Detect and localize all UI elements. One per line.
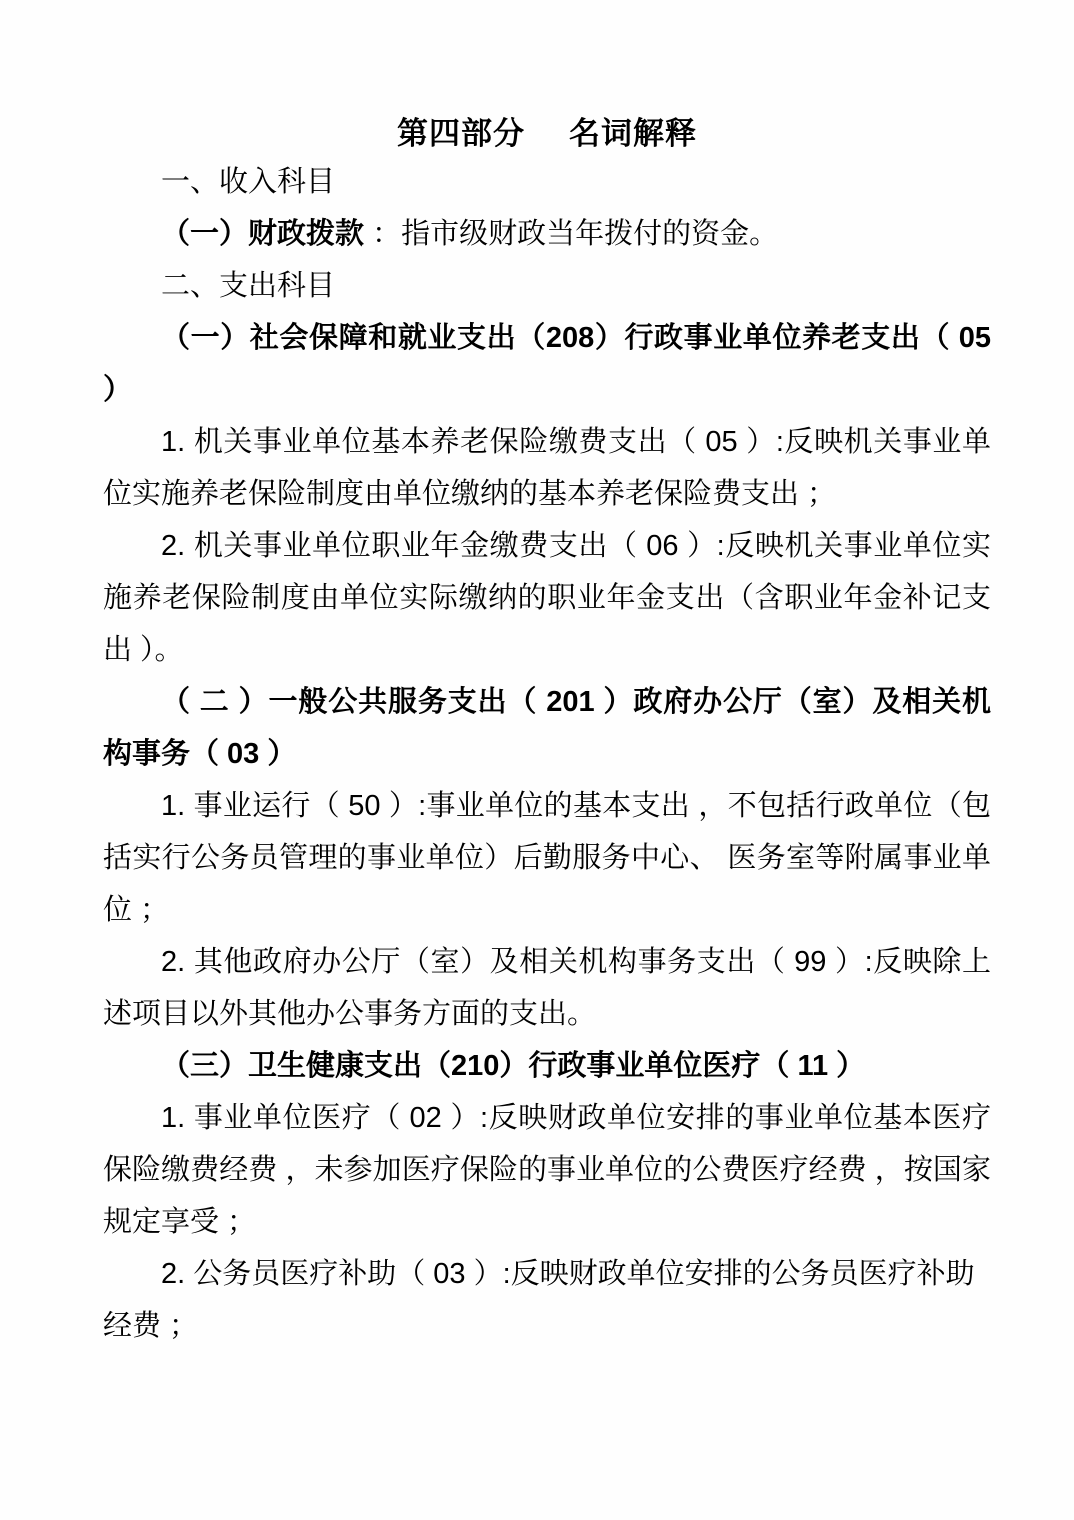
heading-health-210: （三）卫生健康支出（210）行政事业单位医疗（ 11 ） bbox=[103, 1040, 991, 1092]
item-civil-servant-medical-03: 2. 公务员医疗补助（ 03 ）:反映财政单位安排的公务员医疗补助经费 ； bbox=[103, 1248, 991, 1352]
document-page: 第四部分名词解释 一、收入科目 （一）财政拨款 ：指市级财政当年拨付的资金。 二… bbox=[0, 0, 1074, 1520]
expenditure-category-heading: 二、支出科目 bbox=[103, 260, 991, 312]
title-part-label: 第四部分 bbox=[397, 116, 525, 151]
item-other-office-99: 2. 其他政府办公厅（室）及相关机构事务支出（ 99 ）:反映除上述项目以外其他… bbox=[103, 936, 991, 1040]
item-public-institution-medical-02: 1. 事业单位医疗（ 02 ）:反映财政单位安排的事业单位基本医疗保险缴费经费 … bbox=[103, 1092, 991, 1248]
income-category-heading: 一、收入科目 bbox=[103, 156, 991, 208]
heading-general-public-services-201: （ 二 ）一般公共服务支出（ 201 ）政府办公厅（室）及相关机构事务（ 03 … bbox=[103, 676, 991, 780]
item-pension-basic-05: 1. 机关事业单位基本养老保险缴费支出（ 05 ）:反映机关事业单位实施养老保险… bbox=[103, 416, 991, 520]
item-operation-50: 1. 事业运行（ 50 ）:事业单位的基本支出 ，不包括行政单位（包括实行公务员… bbox=[103, 780, 991, 936]
fiscal-allocation-text: ：指市级财政当年拨付的资金。 bbox=[364, 218, 778, 250]
document-content: 第四部分名词解释 一、收入科目 （一）财政拨款 ：指市级财政当年拨付的资金。 二… bbox=[103, 112, 991, 1352]
fiscal-allocation-term: （一）财政拨款 bbox=[161, 218, 364, 250]
page-title: 第四部分名词解释 bbox=[103, 112, 991, 156]
title-text: 名词解释 bbox=[569, 112, 697, 156]
fiscal-allocation-definition: （一）财政拨款 ：指市级财政当年拨付的资金。 bbox=[103, 208, 991, 260]
item-pension-annuity-06: 2. 机关事业单位职业年金缴费支出（ 06 ）:反映机关事业单位实施养老保险制度… bbox=[103, 520, 991, 676]
heading-social-security-208: （一）社会保障和就业支出（208）行政事业单位养老支出（ 05 ） bbox=[103, 312, 991, 416]
